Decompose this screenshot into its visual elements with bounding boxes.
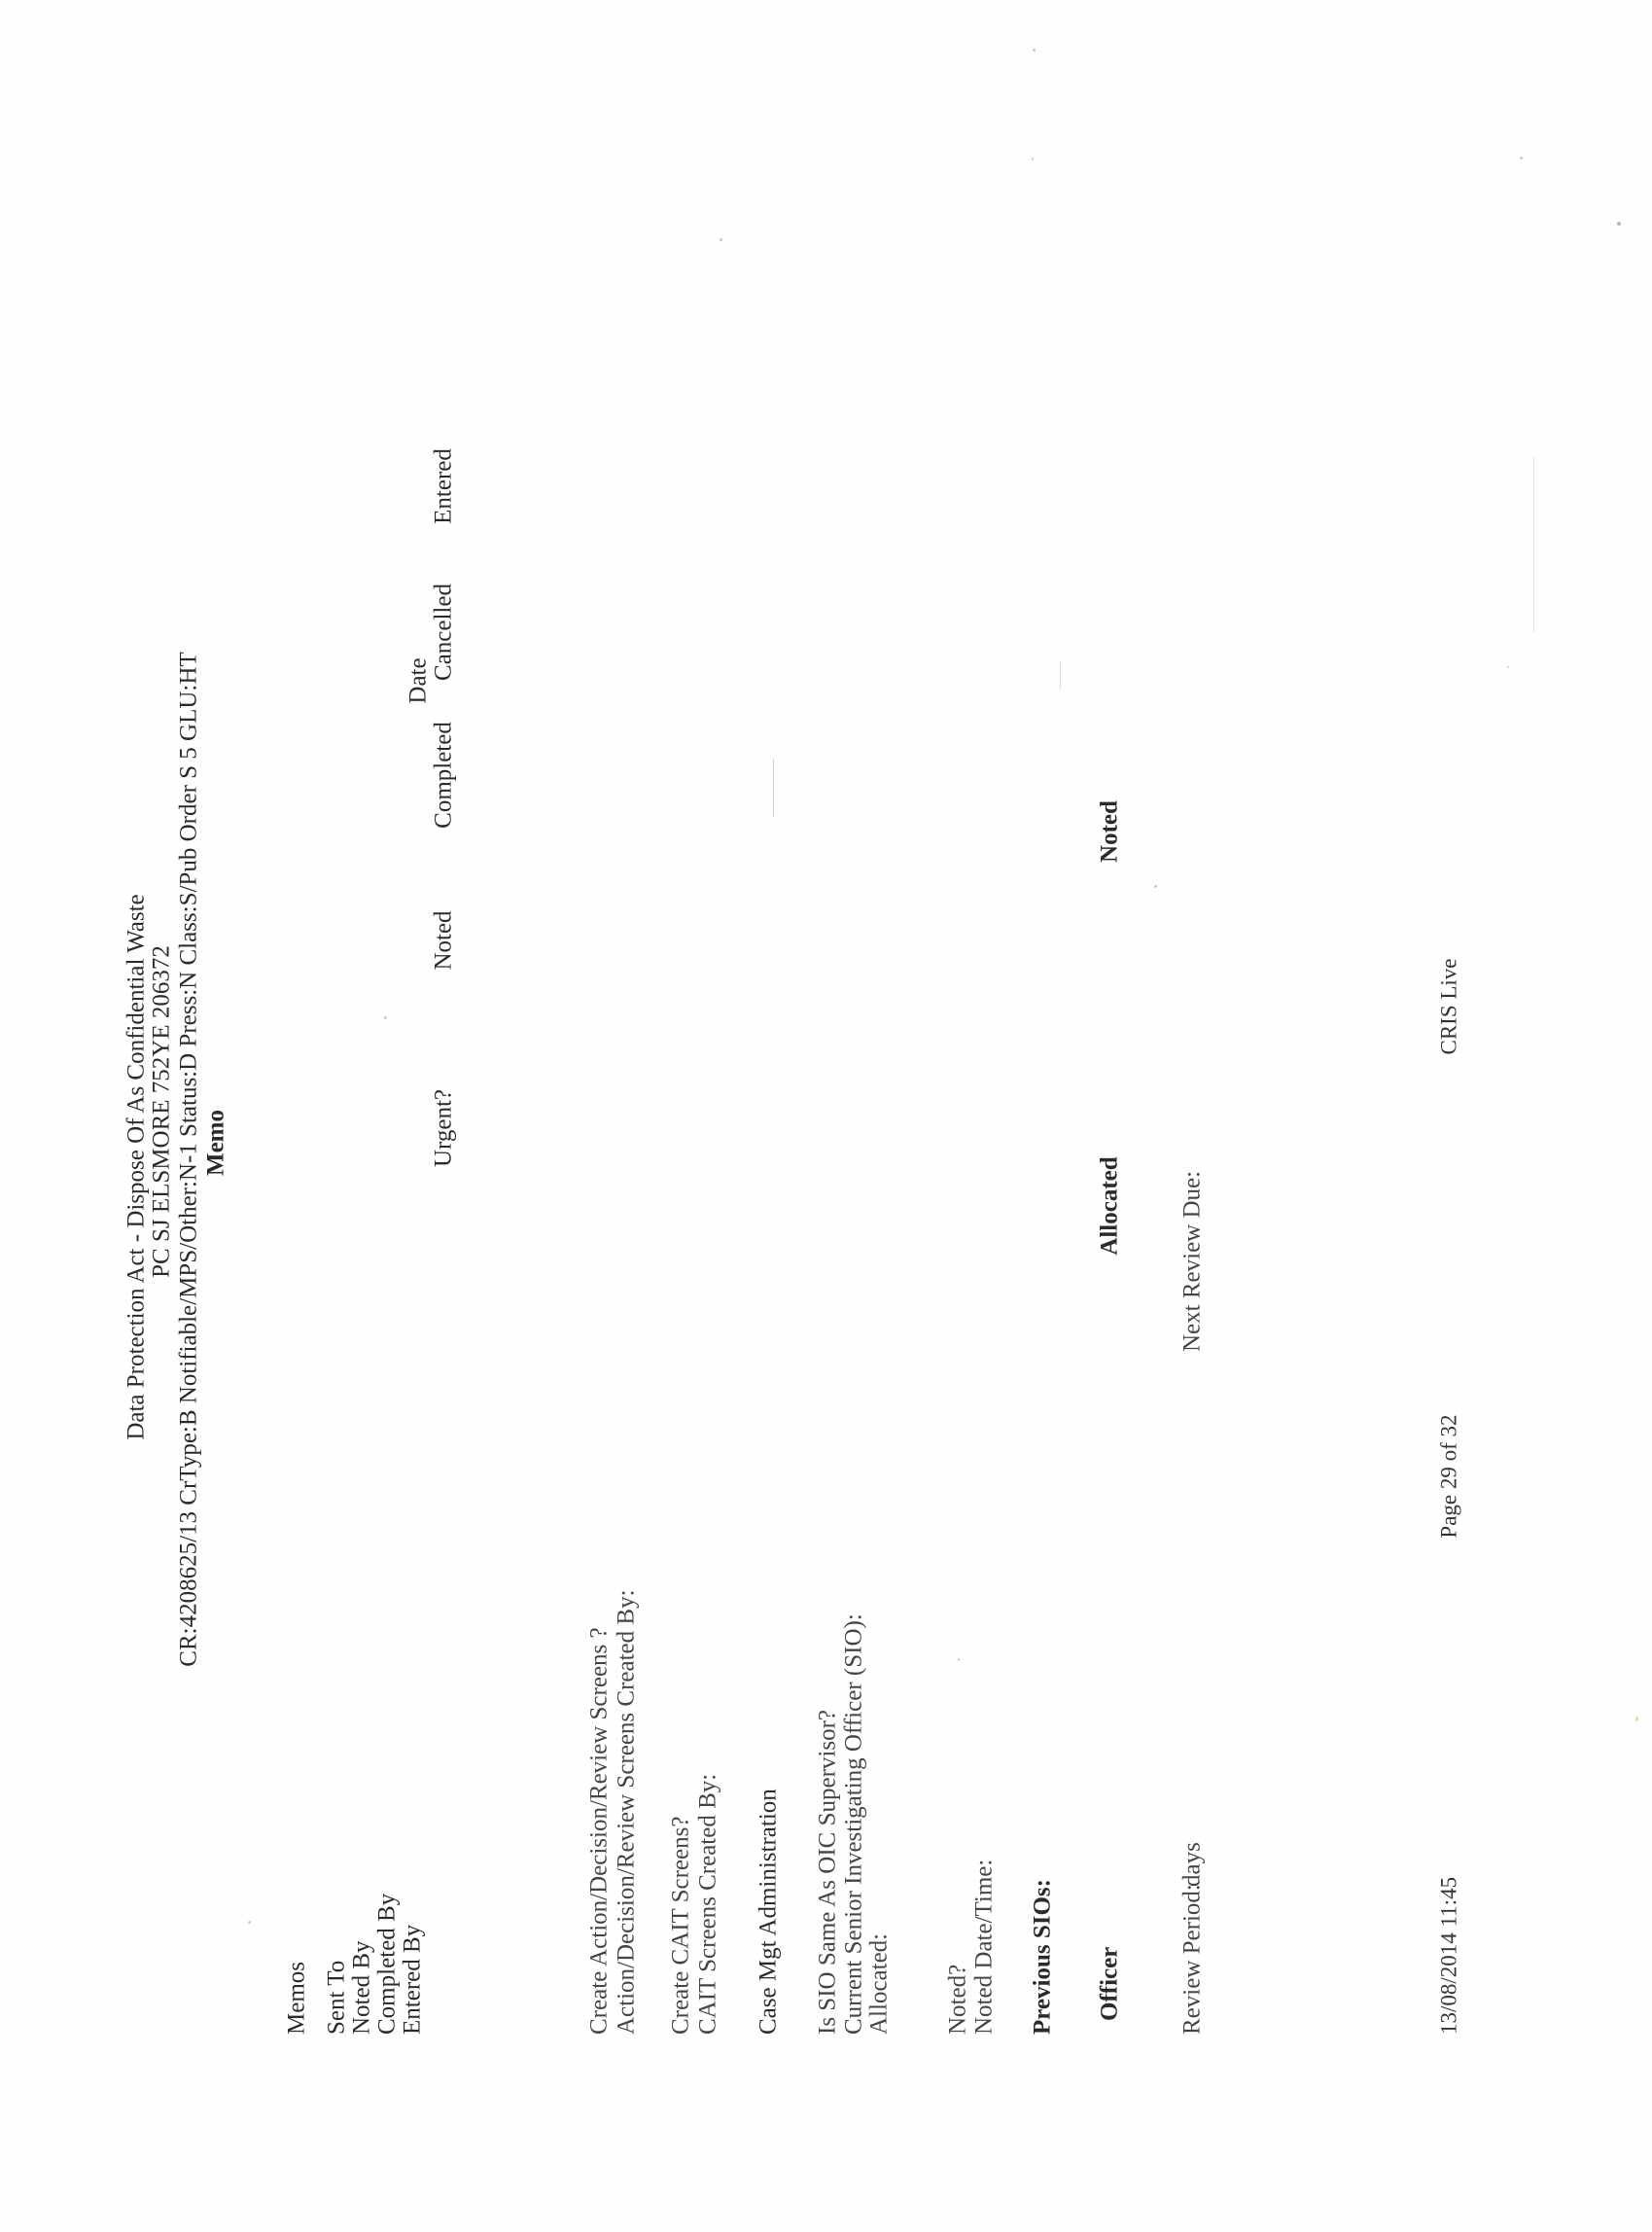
field-review-period-label: Review Period:: [1180, 1884, 1205, 2035]
previous-sios-column-officer-text: Officer: [1098, 1947, 1122, 2021]
scan-artifact-speck: [1520, 157, 1523, 159]
section-heading-memo-text: Memo: [204, 1110, 228, 1176]
field-create-cait-screens-label: Create CAIT Screens?: [669, 1817, 693, 2035]
scan-artifact-line: [1060, 661, 1061, 691]
scan-artifact-speck: [1635, 1717, 1638, 1721]
memos-heading-text: Memos: [285, 1962, 309, 2035]
previous-sios-heading-text: Previous SIOs:: [1031, 1879, 1055, 2035]
column-header-urgent-text: Urgent?: [432, 1089, 456, 1167]
scan-artifact-speck: [1032, 158, 1034, 160]
scan-artifact-speck: [248, 1921, 251, 1924]
scan-artifact-speck: [1507, 666, 1509, 668]
field-sent-to-label: Sent To: [325, 1961, 349, 2035]
scan-artifact-speck: [958, 1658, 960, 1661]
field-completed-by-label: Completed By: [375, 1894, 400, 2035]
previous-sios-column-allocated-text: Allocated: [1098, 1156, 1122, 1255]
field-cait-screens-created-by-label: CAIT Screens Created By:: [696, 1774, 721, 2035]
column-header-completed-text: Completed: [432, 722, 456, 829]
field-action-screens-created-by-label: Action/Decision/Review Screens Created B…: [615, 1589, 639, 2035]
case-mgt-heading-text: Case Mgt Administration: [756, 1789, 781, 2035]
field-allocated-label: Allocated:: [867, 1933, 892, 2035]
footer-system-name-text: CRIS Live: [1438, 958, 1460, 1054]
field-noted-by-label: Noted By: [350, 1940, 374, 2035]
field-create-action-screens-label: Create Action/Decision/Review Screens ?: [587, 1627, 612, 2035]
column-header-entered-text: Entered: [432, 448, 456, 524]
scan-artifact-speck: [720, 238, 722, 241]
document-title-text: Data Protection Act - Dispose Of As Conf…: [124, 894, 149, 1439]
scan-artifact-line: [1533, 457, 1534, 632]
officer-line-text: PC SJ ELSMORE 752YE 206372: [150, 945, 174, 1278]
scanned-document-page: Data Protection Act - Dispose Of As Conf…: [0, 0, 1652, 2232]
field-current-sio-label: Current Senior Investigating Officer (SI…: [842, 1613, 866, 2035]
column-header-noted-text: Noted: [432, 910, 456, 970]
scan-artifact-line: [773, 759, 774, 817]
field-sio-same-as-oic-label: Is SIO Same As OIC Supervisor?: [816, 1710, 840, 2035]
footer-page-indicator-text: Page 29 of 32: [1438, 1414, 1460, 1538]
previous-sios-column-noted-text: Noted: [1098, 800, 1122, 863]
scan-artifact-speck: [384, 1016, 387, 1019]
field-noted-label: Noted?: [946, 1965, 970, 2035]
crime-reference-text: CR:4208625/13 CrType:B Notifiable/MPS/Ot…: [177, 652, 201, 1666]
field-noted-datetime-label: Noted Date/Time:: [972, 1860, 997, 2035]
scan-artifact-speck: [1617, 222, 1621, 226]
footer-printed-at-text: 13/08/2014 11:45: [1438, 1877, 1460, 2035]
scan-artifact-speck: [1033, 49, 1036, 52]
column-header-cancelled-text: Cancelled: [432, 584, 456, 681]
scan-artifact-speck: [1154, 885, 1157, 888]
field-next-review-due-label: Next Review Due:: [1180, 1171, 1205, 1352]
field-entered-by-label: Entered By: [401, 1925, 425, 2035]
column-group-header-date-text: Date: [406, 657, 431, 703]
field-review-period-unit-text: days: [1180, 1842, 1205, 1887]
